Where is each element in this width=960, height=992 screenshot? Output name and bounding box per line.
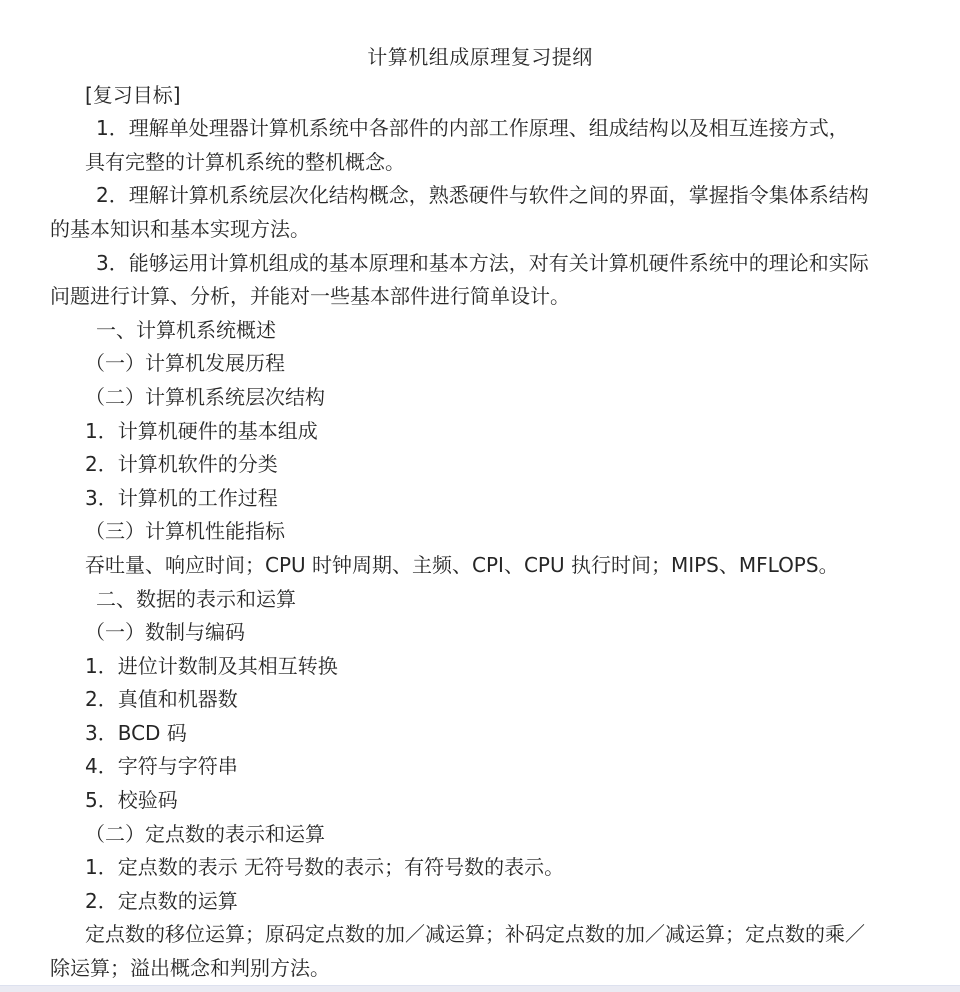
document-page: 计算机组成原理复习提纲 [复习目标] 1．理解单处理器计算机系统中各部件的内部工… <box>0 0 960 992</box>
document-line: （一）计算机发展历程 <box>0 347 960 381</box>
document-line: 2．理解计算机系统层次化结构概念，熟悉硬件与软件之间的界面，掌握指令集体系结构 <box>0 179 960 213</box>
viewer-bottom-edge <box>0 985 960 992</box>
document-line: 1．计算机硬件的基本组成 <box>0 415 960 449</box>
document-line: 一、计算机系统概述 <box>0 314 960 348</box>
document-line: （一）数制与编码 <box>0 616 960 650</box>
document-line: 3．BCD 码 <box>0 717 960 751</box>
document-line: 1．进位计数制及其相互转换 <box>0 650 960 684</box>
document-line: 2．真值和机器数 <box>0 683 960 717</box>
document-line: 4．字符与字符串 <box>0 750 960 784</box>
document-line: （二）定点数的表示和运算 <box>0 818 960 852</box>
document-line: 吞吐量、响应时间；CPU 时钟周期、主频、CPI、CPU 执行时间；MIPS、M… <box>0 549 960 583</box>
document-line: 2．定点数的运算 <box>0 885 960 919</box>
document-line: [复习目标] <box>0 79 960 113</box>
document-line: 1．理解单处理器计算机系统中各部件的内部工作原理、组成结构以及相互连接方式， <box>0 112 960 146</box>
document-line: 的基本知识和基本实现方法。 <box>0 213 960 247</box>
document-line: 2．计算机软件的分类 <box>0 448 960 482</box>
document-line: （三）计算机性能指标 <box>0 515 960 549</box>
document-line: 定点数的移位运算；原码定点数的加／减运算；补码定点数的加／减运算；定点数的乘／ <box>0 918 960 952</box>
document-line: （二）计算机系统层次结构 <box>0 381 960 415</box>
document-title: 计算机组成原理复习提纲 <box>0 41 960 75</box>
document-line: 除运算；溢出概念和判别方法。 <box>0 952 960 986</box>
document-line: 3．计算机的工作过程 <box>0 482 960 516</box>
document-line: 问题进行计算、分析，并能对一些基本部件进行简单设计。 <box>0 280 960 314</box>
document-line: 具有完整的计算机系统的整机概念。 <box>0 146 960 180</box>
document-line: 二、数据的表示和运算 <box>0 583 960 617</box>
document-line: 3．能够运用计算机组成的基本原理和基本方法，对有关计算机硬件系统中的理论和实际 <box>0 247 960 281</box>
document-line: 5．校验码 <box>0 784 960 818</box>
document-line: 1．定点数的表示 无符号数的表示；有符号数的表示。 <box>0 851 960 885</box>
document-content: 计算机组成原理复习提纲 [复习目标] 1．理解单处理器计算机系统中各部件的内部工… <box>0 41 960 986</box>
